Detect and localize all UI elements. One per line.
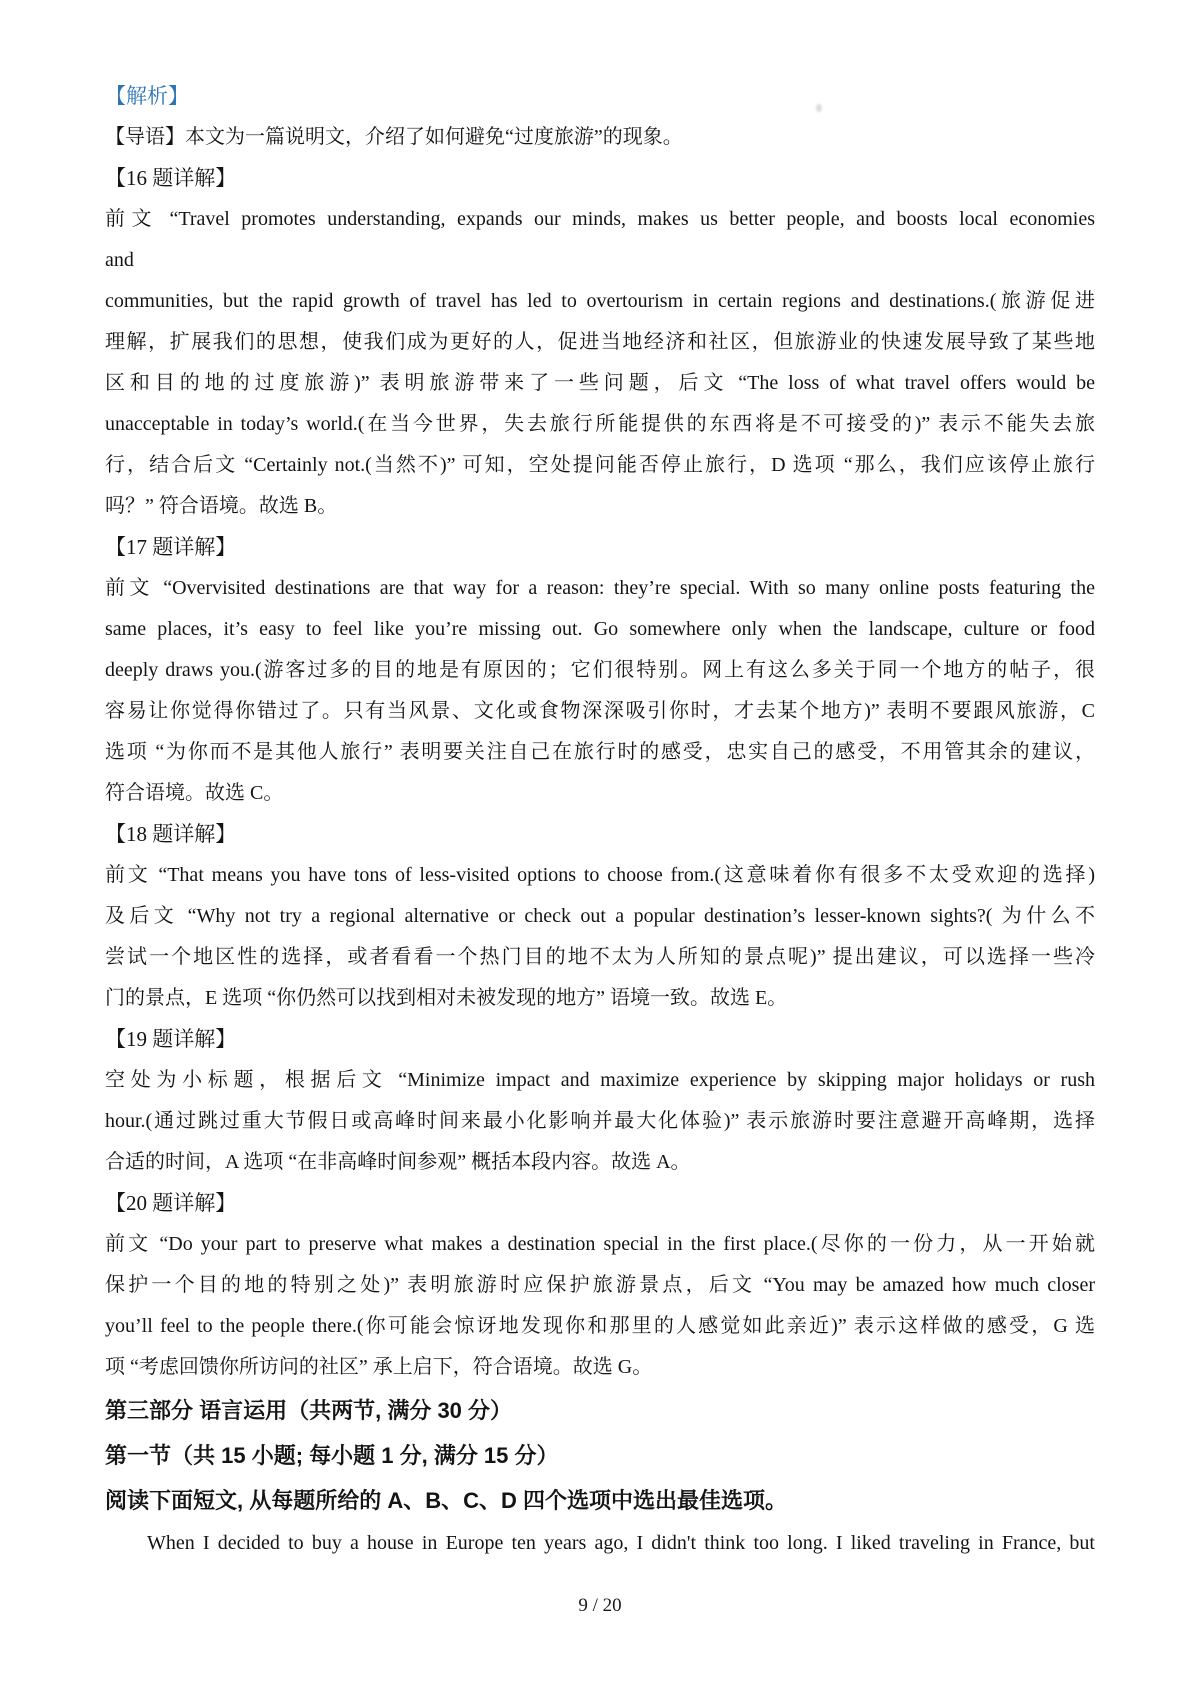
lead-note: 【导语】本文为一篇说明文，介绍了如何避免“过度旅游”的现象。 xyxy=(105,117,1095,158)
q16-explanation: 前文 “Travel promotes understanding, expan… xyxy=(105,199,1095,527)
text-line: 及后文 “Why not try a regional alternative … xyxy=(105,896,1095,937)
q19-explanation: 空处为小标题，根据后文 “Minimize impact and maximiz… xyxy=(105,1060,1095,1183)
text-line: 空处为小标题，根据后文 “Minimize impact and maximiz… xyxy=(105,1060,1095,1101)
cloze-instructions: 阅读下面短文, 从每题所给的 A、B、C、D 四个选项中选出最佳选项。 xyxy=(105,1478,1095,1523)
q16-heading: 【16 题详解】 xyxy=(105,158,1095,199)
page-number: 9 / 20 xyxy=(0,1595,1200,1617)
q19-heading: 【19 题详解】 xyxy=(105,1019,1095,1060)
text-line: 保护一个目的地的特别之处)” 表明旅游时应保护旅游景点，后文 “You may … xyxy=(105,1265,1095,1306)
q20-heading: 【20 题详解】 xyxy=(105,1183,1095,1224)
q17-heading: 【17 题详解】 xyxy=(105,527,1095,568)
text-line: 前文 “That means you have tons of less-vis… xyxy=(105,855,1095,896)
text-line: 容易让你觉得你错过了。只有当风景、文化或食物深深吸引你时，才去某个地方)” 表明… xyxy=(105,691,1095,732)
text-line: 【导语】本文为一篇说明文，介绍了如何避免“过度旅游”的现象。 xyxy=(105,117,1095,158)
text-line: 【解析】 xyxy=(105,76,1095,117)
text-line: 前文 “Travel promotes understanding, expan… xyxy=(105,199,1095,240)
text-line: 阅读下面短文, 从每题所给的 A、B、C、D 四个选项中选出最佳选项。 xyxy=(105,1478,1095,1523)
text-line: 尝试一个地区性的选择，或者看看一个热门目的地不太为人所知的景点呢)” 提出建议，… xyxy=(105,937,1095,978)
q17-explanation: 前文 “Overvisited destinations are that wa… xyxy=(105,568,1095,814)
text-line: 区和目的地的过度旅游)” 表明旅游带来了一些问题，后文 “The loss of… xyxy=(105,363,1095,404)
section1-heading: 第一节（共 15 小题; 每小题 1 分, 满分 15 分） xyxy=(105,1433,1095,1478)
text-line: communities, but the rapid growth of tra… xyxy=(105,281,1095,322)
text-line: 门的景点，E 选项 “你仍然可以找到相对未被发现的地方” 语境一致。故选 E。 xyxy=(105,978,1095,1019)
text-line: 【19 题详解】 xyxy=(105,1019,1095,1060)
text-line: 项 “考虑回馈你所访问的社区” 承上启下，符合语境。故选 G。 xyxy=(105,1347,1095,1388)
document-page: 【解析】【导语】本文为一篇说明文，介绍了如何避免“过度旅游”的现象。【16 题详… xyxy=(0,0,1200,1697)
text-line: and xyxy=(105,240,1095,281)
text-line: 合适的时间，A 选项 “在非高峰时间参观” 概括本段内容。故选 A。 xyxy=(105,1142,1095,1183)
text-line: 第三部分 语言运用（共两节, 满分 30 分） xyxy=(105,1388,1095,1433)
text-line: 行，结合后文 “Certainly not.(当然不)” 可知，空处提问能否停止… xyxy=(105,445,1095,486)
text-line: 前文 “Overvisited destinations are that wa… xyxy=(105,568,1095,609)
text-line: you’ll feel to the people there.(你可能会惊讶地… xyxy=(105,1306,1095,1347)
text-line: hour.(通过跳过重大节假日或高峰时间来最小化影响并最大化体验)” 表示旅游时… xyxy=(105,1101,1095,1142)
text-line: 吗？” 符合语境。故选 B。 xyxy=(105,486,1095,527)
q18-explanation: 前文 “That means you have tons of less-vis… xyxy=(105,855,1095,1019)
text-line: When I decided to buy a house in Europe … xyxy=(105,1523,1095,1564)
text-line: same places, it’s easy to feel like you’… xyxy=(105,609,1095,650)
text-line: deeply draws you.(游客过多的目的地是有原因的；它们很特别。网上… xyxy=(105,650,1095,691)
q18-heading: 【18 题详解】 xyxy=(105,814,1095,855)
cloze-passage-start: When I decided to buy a house in Europe … xyxy=(105,1523,1095,1564)
text-line: 前文 “Do your part to preserve what makes … xyxy=(105,1224,1095,1265)
analysis-heading: 【解析】 xyxy=(105,76,1095,117)
part3-heading: 第三部分 语言运用（共两节, 满分 30 分） xyxy=(105,1388,1095,1433)
text-line: 【18 题详解】 xyxy=(105,814,1095,855)
text-line: 选项 “为你而不是其他人旅行” 表明要关注自己在旅行时的感受，忠实自己的感受，不… xyxy=(105,732,1095,773)
text-line: 理解，扩展我们的思想，使我们成为更好的人，促进当地经济和社区，但旅游业的快速发展… xyxy=(105,322,1095,363)
text-line: 【17 题详解】 xyxy=(105,527,1095,568)
q20-explanation: 前文 “Do your part to preserve what makes … xyxy=(105,1224,1095,1388)
text-line: 【16 题详解】 xyxy=(105,158,1095,199)
document-content: 【解析】【导语】本文为一篇说明文，介绍了如何避免“过度旅游”的现象。【16 题详… xyxy=(105,76,1095,1564)
text-line: 符合语境。故选 C。 xyxy=(105,773,1095,814)
text-line: unacceptable in today’s world.(在当今世界，失去旅… xyxy=(105,404,1095,445)
text-line: 第一节（共 15 小题; 每小题 1 分, 满分 15 分） xyxy=(105,1433,1095,1478)
text-line: 【20 题详解】 xyxy=(105,1183,1095,1224)
